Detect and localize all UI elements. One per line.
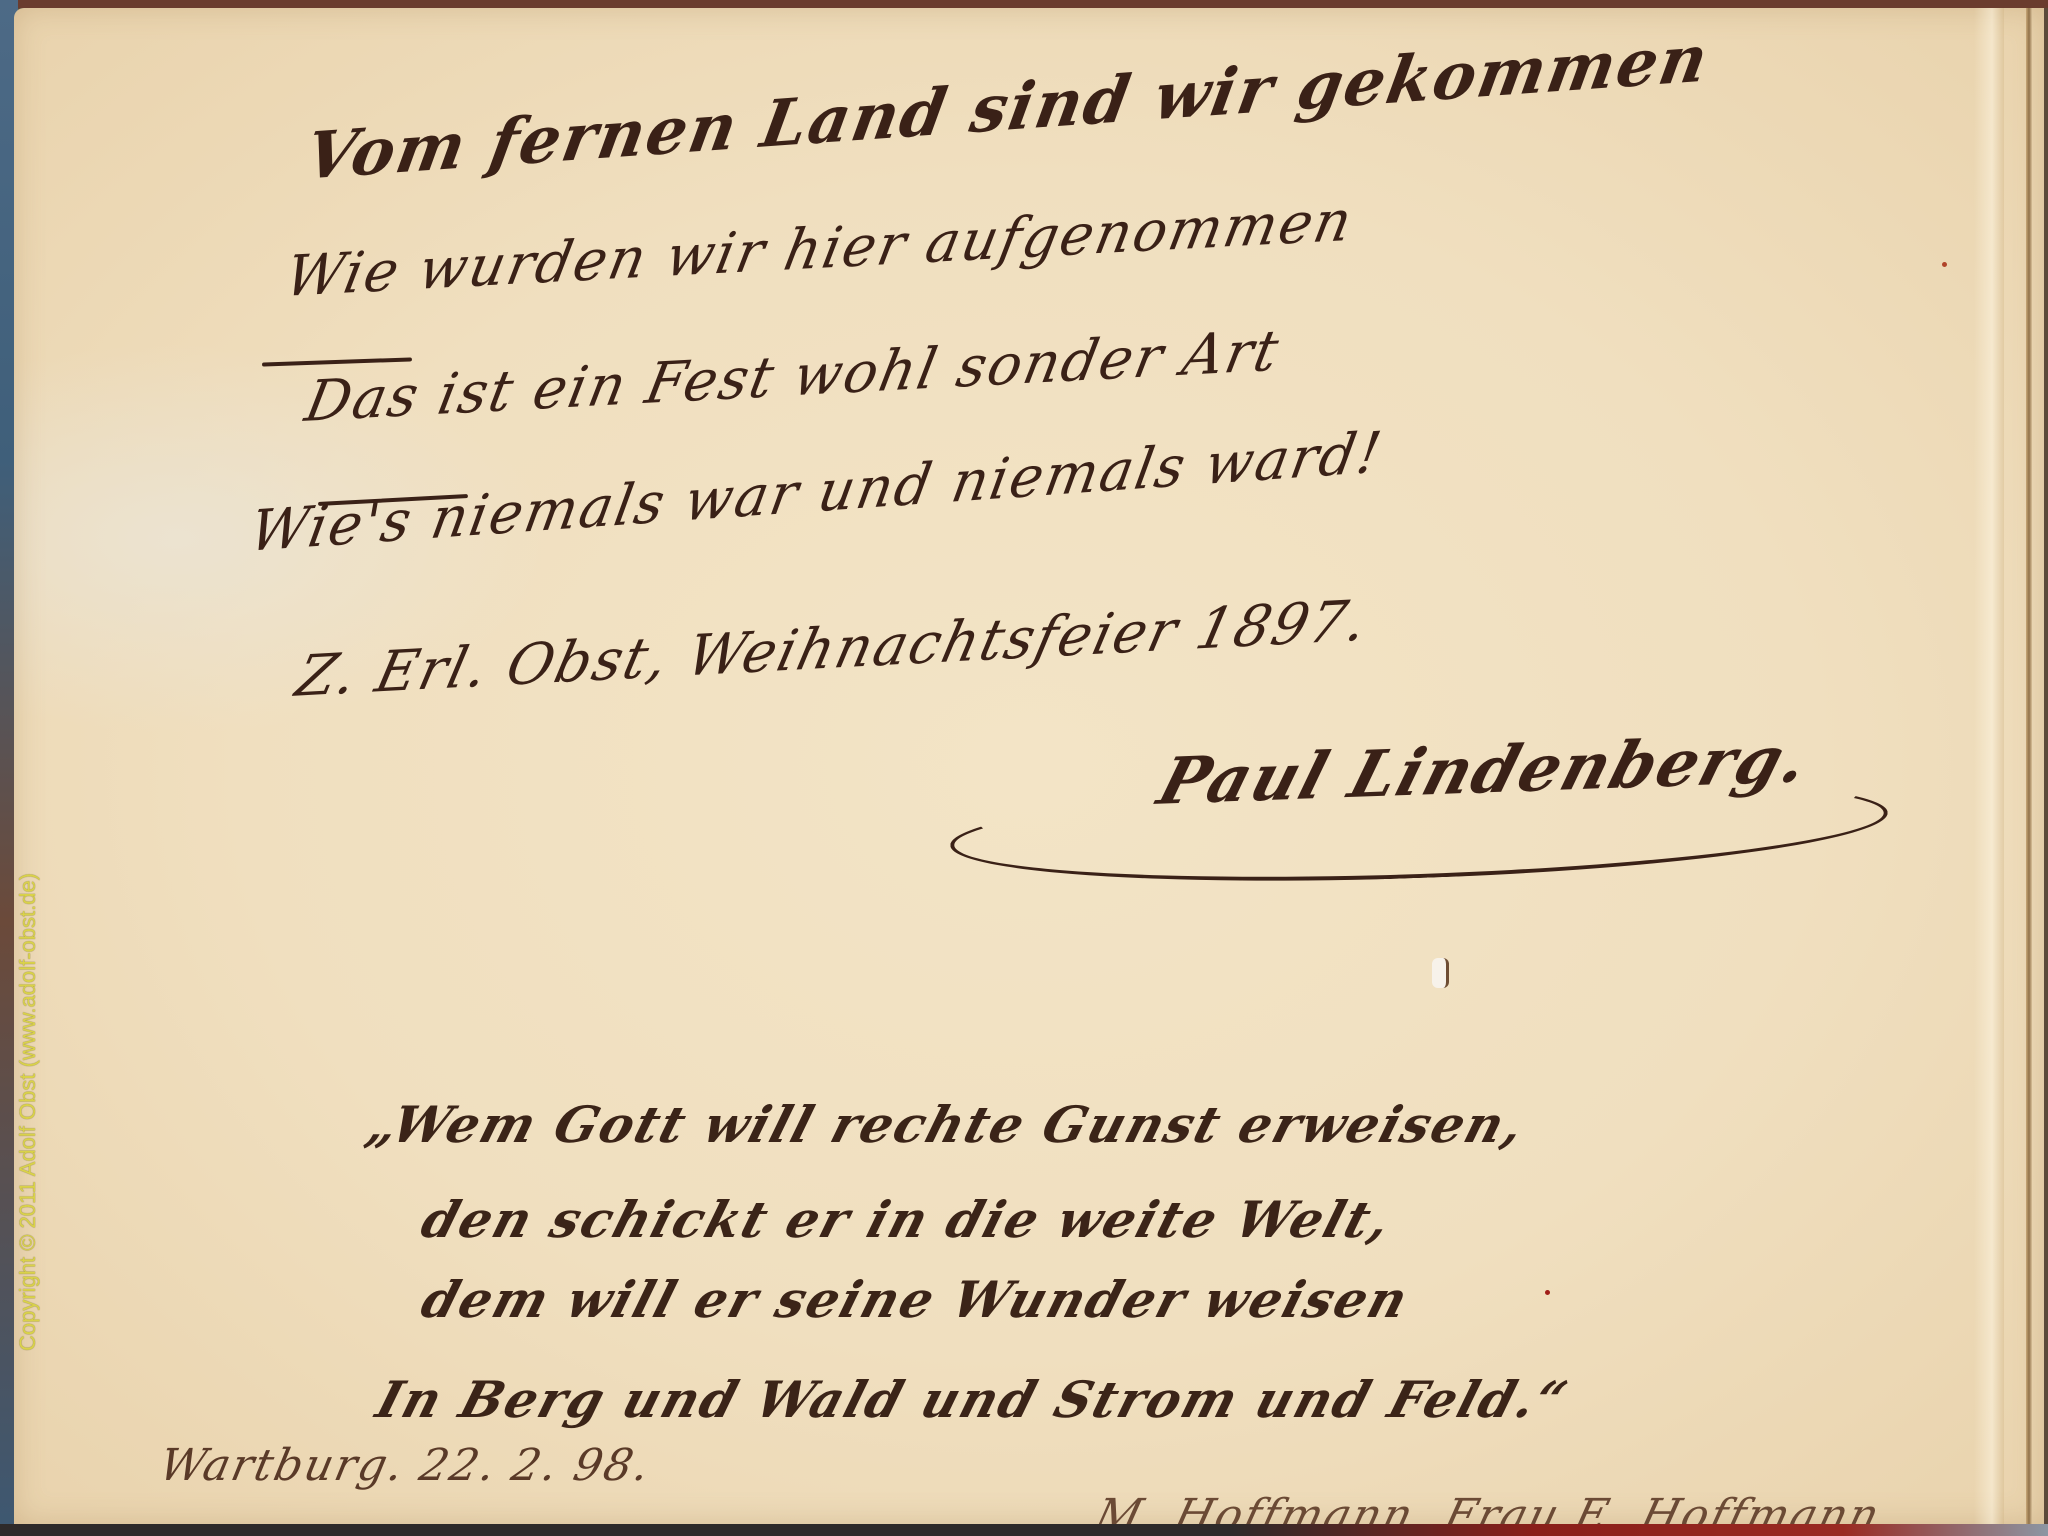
entry2-place-date: Wartburg. 22. 2. 98. <box>155 1440 656 1491</box>
paper-damage-hole <box>1432 958 1449 988</box>
red-ink-speck <box>1545 1290 1550 1295</box>
copyright-watermark: Copyright © 2011 Adolf Obst (www.adolf-o… <box>16 682 40 1536</box>
page-fold-shadow <box>1974 8 2004 1524</box>
book-binding-edge <box>2026 8 2032 1524</box>
entry2-line-4: In Berg und Wald und Strom und Feld.“ <box>370 1370 1576 1429</box>
red-ink-speck <box>1942 262 1947 267</box>
entry2-line-1: „Wem Gott will rechte Gunst erweisen, <box>360 1095 1533 1154</box>
album-cover-top-edge <box>0 0 2048 8</box>
album-cover-bottom-edge <box>0 1524 2048 1536</box>
entry2-line-2: den schickt er in die weite Welt, <box>415 1190 1399 1249</box>
entry2-line-3: dem will er seine Wunder weisen <box>415 1270 1416 1329</box>
